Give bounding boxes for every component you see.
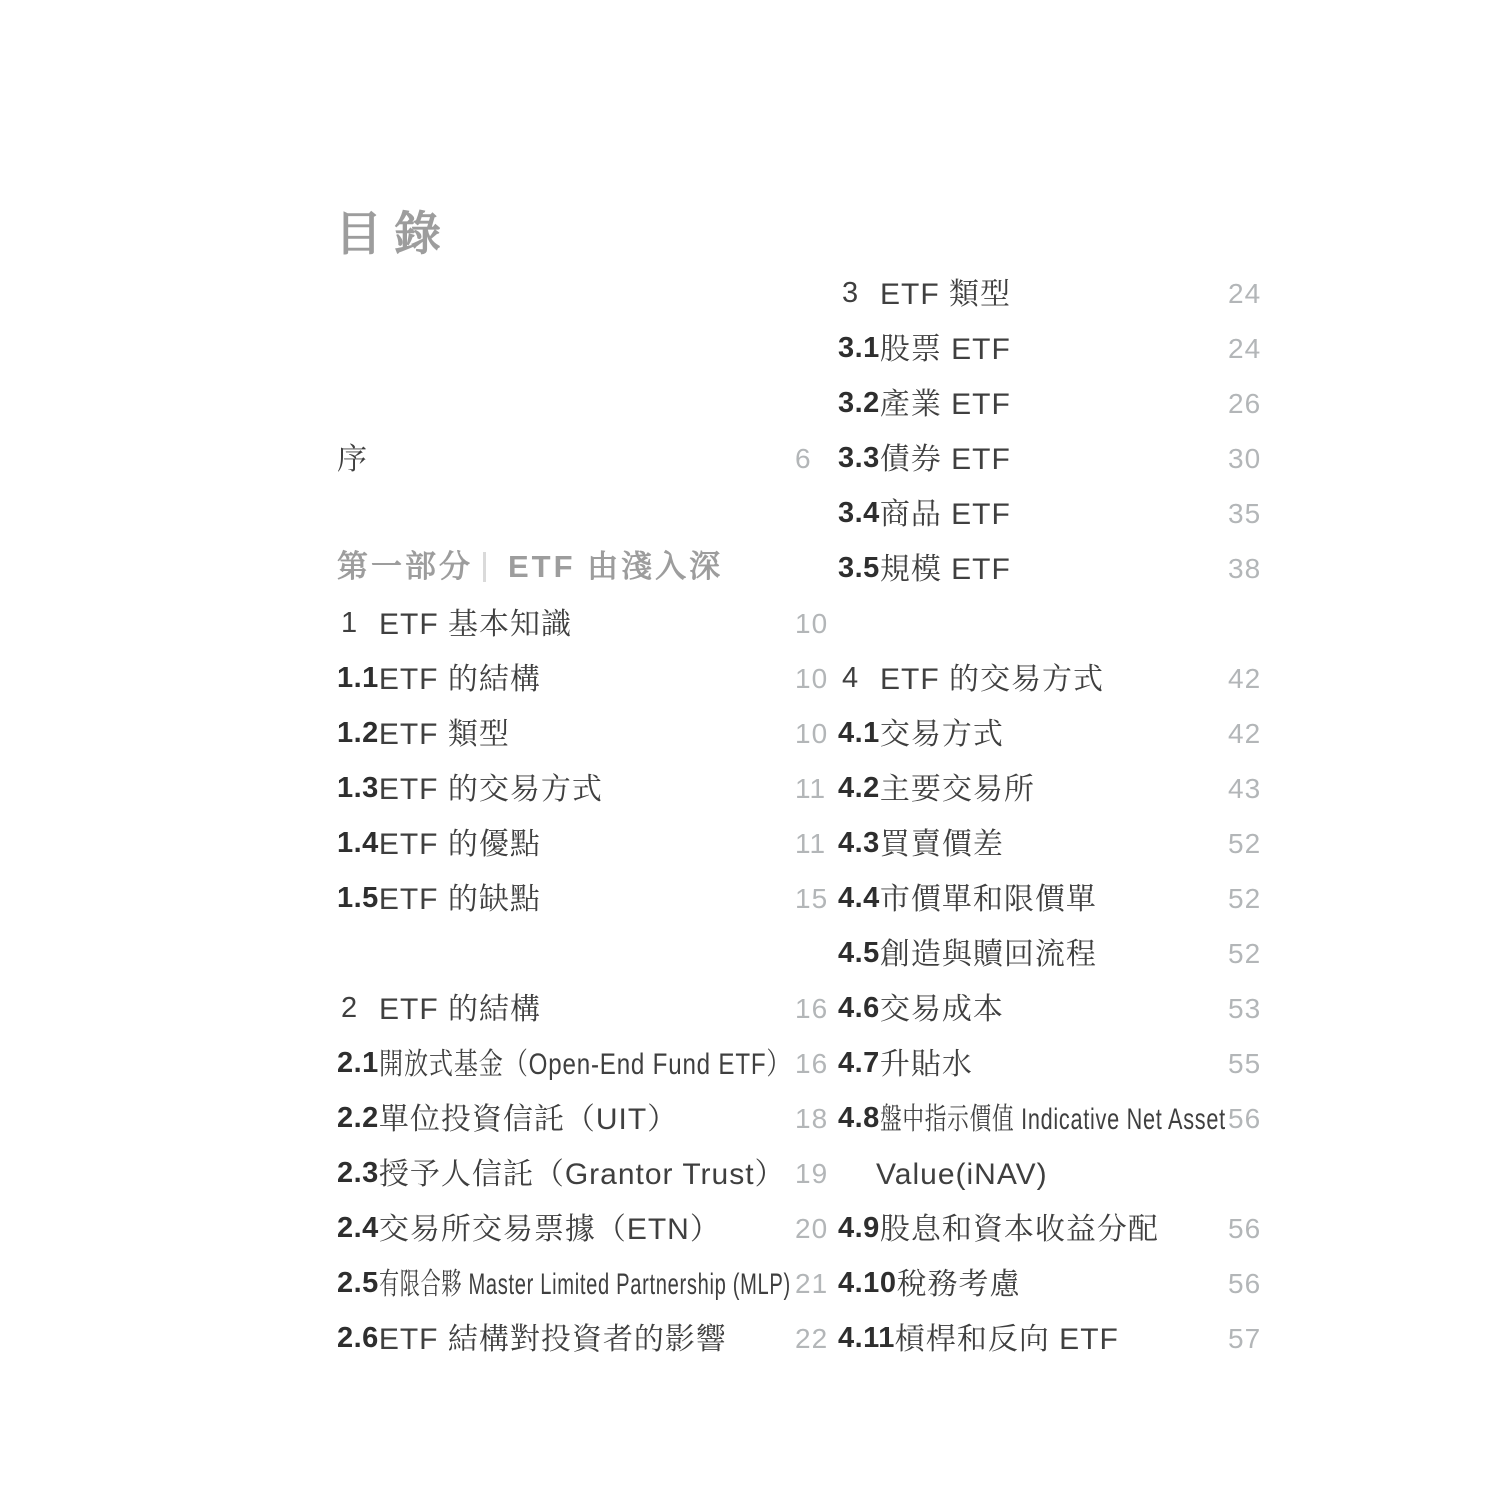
toc-entry-1-2: 1.2ETF 類型 10 <box>337 718 510 751</box>
toc-entry-ch4: 4ETF 的交易方式 42 <box>838 663 1104 696</box>
toc-entry-number: 3.3 <box>838 443 880 475</box>
toc-entry-page: 52 <box>1228 884 1261 915</box>
toc-page: 目錄 序 6 第一部分 ETF 由淺入深 1ETF 基本知識 10 1.1ETF… <box>0 0 1500 1500</box>
toc-entry-ch1: 1ETF 基本知識 10 <box>337 608 572 641</box>
toc-entry-number: 3.1 <box>838 333 880 365</box>
toc-entry-page: 15 <box>795 884 828 915</box>
toc-entry-page: 10 <box>795 719 828 750</box>
toc-entry-3-5: 3.5規模 ETF 38 <box>838 553 1011 586</box>
toc-entry-page: 26 <box>1228 389 1261 420</box>
toc-entry-page: 55 <box>1228 1049 1261 1080</box>
toc-entry-page: 24 <box>1228 334 1261 365</box>
toc-entry-label: 序 <box>337 443 368 476</box>
toc-entry-number: 3.2 <box>838 388 880 420</box>
toc-entry-2-6: 2.6ETF 結構對投資者的影響 22 <box>337 1323 727 1356</box>
toc-entry-number: 4.7 <box>838 1048 880 1080</box>
toc-entry-number: 1.3 <box>337 773 379 805</box>
toc-entry-label: 股票 ETF <box>880 333 1011 366</box>
toc-entry-1-1: 1.1ETF 的結構 10 <box>337 663 541 696</box>
toc-entry-label: ETF 的優點 <box>379 828 541 861</box>
page-title: 目錄 <box>335 210 453 257</box>
toc-entry-4-7: 4.7升貼水 55 <box>838 1048 973 1081</box>
toc-entry-page: 16 <box>795 1049 828 1080</box>
toc-entry-number: 2.2 <box>337 1103 379 1135</box>
toc-entry-2-4: 2.4交易所交易票據（ETN） 20 <box>337 1213 721 1246</box>
toc-entry-number: 1.4 <box>337 828 379 860</box>
toc-entry-label: 交易所交易票據（ETN） <box>379 1213 721 1246</box>
toc-entry-label: 買賣價差 <box>880 828 1004 861</box>
toc-entry-label: ETF 結構對投資者的影響 <box>379 1323 727 1356</box>
toc-entry-number: 4 <box>838 663 880 695</box>
toc-entry-label: 股息和資本收益分配 <box>880 1213 1159 1246</box>
toc-entry-number: 4.8 <box>838 1103 880 1135</box>
toc-entry-label: 市價單和限價單 <box>880 883 1097 916</box>
toc-entry-number: 3 <box>838 278 880 310</box>
toc-entry-page: 56 <box>1228 1269 1261 1300</box>
toc-entry-label: ETF 基本知識 <box>379 608 572 641</box>
toc-entry-page: 30 <box>1228 444 1261 475</box>
toc-entry-number: 4.3 <box>838 828 880 860</box>
toc-entry-page: 57 <box>1228 1324 1261 1355</box>
toc-entry-label: 創造與贖回流程 <box>880 938 1097 971</box>
toc-entry-ch3: 3ETF 類型 24 <box>838 278 1011 311</box>
toc-entry-page: 52 <box>1228 939 1261 970</box>
toc-entry-4-3: 4.3買賣價差 52 <box>838 828 1004 861</box>
toc-entry-number: 2.6 <box>337 1323 379 1355</box>
toc-entry-label: 單位投資信託（UIT） <box>379 1103 678 1136</box>
toc-entry-2-1: 2.1開放式基金（Open-End Fund ETF） 16 <box>337 1048 891 1081</box>
toc-entry-number: 4.1 <box>838 718 880 750</box>
part-heading-title: ETF 由淺入深 <box>508 550 723 584</box>
toc-entry-label: 升貼水 <box>880 1048 973 1081</box>
toc-entry-number: 4.11 <box>838 1323 895 1355</box>
toc-entry-4-6: 4.6交易成本 53 <box>838 993 1004 1026</box>
toc-entry-label: ETF 的缺點 <box>379 883 541 916</box>
toc-entry-label: ETF 的交易方式 <box>379 773 603 806</box>
toc-entry-label: ETF 類型 <box>379 718 510 751</box>
toc-entry-4-8-continued: Value(iNAV) <box>838 1158 1048 1191</box>
toc-entry-label: 交易成本 <box>880 993 1004 1026</box>
part-heading-label: 第一部分 <box>337 550 473 584</box>
toc-entry-number: 1.2 <box>337 718 379 750</box>
toc-entry-number: 1 <box>337 608 379 640</box>
toc-entry-page: 11 <box>795 774 826 805</box>
toc-entry-2-2: 2.2單位投資信託（UIT） 18 <box>337 1103 678 1136</box>
toc-entry-4-5: 4.5創造與贖回流程 52 <box>838 938 1097 971</box>
toc-entry-label: ETF 的結構 <box>379 993 541 1026</box>
toc-entry-page: 56 <box>1228 1214 1261 1245</box>
toc-entry-page: 10 <box>795 664 828 695</box>
toc-entry-2-3: 2.3授予人信託（Grantor Trust） 19 <box>337 1158 786 1191</box>
toc-entry-page: 38 <box>1228 554 1261 585</box>
toc-entry-page: 18 <box>795 1104 828 1135</box>
toc-entry-page: 52 <box>1228 829 1261 860</box>
toc-entry-page: 19 <box>795 1159 828 1190</box>
part-heading: 第一部分 ETF 由淺入深 <box>337 550 723 584</box>
toc-entry-1-4: 1.4ETF 的優點 11 <box>337 828 541 861</box>
toc-entry-3-2: 3.2產業 ETF 26 <box>838 388 1011 421</box>
toc-entry-4-11: 4.11槓桿和反向 ETF 57 <box>838 1323 1119 1356</box>
toc-entry-preface: 序 6 <box>337 443 368 476</box>
toc-entry-4-10: 4.10稅務考慮 56 <box>838 1268 1020 1301</box>
toc-entry-page: 22 <box>795 1324 828 1355</box>
toc-entry-1-3: 1.3ETF 的交易方式 11 <box>337 773 603 806</box>
toc-entry-page: 16 <box>795 994 828 1025</box>
toc-entry-page: 53 <box>1228 994 1261 1025</box>
toc-entry-page: 6 <box>795 444 812 475</box>
toc-entry-number: 3.4 <box>838 498 880 530</box>
toc-entry-number: 4.6 <box>838 993 880 1025</box>
toc-entry-number: 4.2 <box>838 773 880 805</box>
toc-entry-number: 2 <box>337 993 379 1025</box>
toc-entry-label: 授予人信託（Grantor Trust） <box>379 1158 786 1191</box>
toc-entry-label: 盤中指示價值 Indicative Net Asset <box>880 1103 1226 1136</box>
toc-entry-number: 4.5 <box>838 938 880 970</box>
toc-entry-page: 42 <box>1228 664 1261 695</box>
toc-entry-4-4: 4.4市價單和限價單 52 <box>838 883 1097 916</box>
toc-entry-page: 10 <box>795 609 828 640</box>
toc-entry-1-5: 1.5ETF 的缺點 15 <box>337 883 541 916</box>
toc-entry-label: 槓桿和反向 ETF <box>895 1323 1119 1356</box>
toc-entry-4-1: 4.1交易方式 42 <box>838 718 1004 751</box>
toc-entry-page: 20 <box>795 1214 828 1245</box>
toc-entry-number: 4.4 <box>838 883 880 915</box>
toc-entry-page: 24 <box>1228 279 1261 310</box>
toc-entry-label: 商品 ETF <box>880 498 1011 531</box>
toc-entry-3-1: 3.1股票 ETF 24 <box>838 333 1011 366</box>
toc-entry-number: 2.1 <box>337 1048 379 1080</box>
toc-entry-page: 56 <box>1228 1104 1261 1135</box>
divider <box>483 552 486 582</box>
toc-entry-page: 21 <box>795 1269 828 1300</box>
toc-entry-label: ETF 的結構 <box>379 663 541 696</box>
toc-entry-label: 有限合夥 Master Limited Partnership (MLP) <box>379 1268 791 1301</box>
toc-entry-number: 2.4 <box>337 1213 379 1245</box>
toc-entry-page: 43 <box>1228 774 1261 805</box>
toc-entry-number: 2.3 <box>337 1158 379 1190</box>
toc-entry-number: 1.1 <box>337 663 379 695</box>
toc-entry-page: 11 <box>795 829 826 860</box>
toc-entry-ch2: 2ETF 的結構 16 <box>337 993 541 1026</box>
toc-entry-label: 稅務考慮 <box>896 1268 1020 1301</box>
toc-entry-number: 1.5 <box>337 883 379 915</box>
toc-entry-4-9: 4.9股息和資本收益分配 56 <box>838 1213 1159 1246</box>
toc-entry-label: 規模 ETF <box>880 553 1011 586</box>
toc-entry-label: 開放式基金（Open-End Fund ETF） <box>379 1048 791 1081</box>
toc-entry-number: 4.9 <box>838 1213 880 1245</box>
toc-entry-page: 35 <box>1228 499 1261 530</box>
toc-entry-number: 3.5 <box>838 553 880 585</box>
toc-entry-4-2: 4.2主要交易所 43 <box>838 773 1035 806</box>
toc-entry-label: Value(iNAV) <box>876 1158 1048 1191</box>
toc-entry-page: 42 <box>1228 719 1261 750</box>
toc-entry-4-8: 4.8盤中指示價值 Indicative Net Asset 56 <box>838 1103 1359 1136</box>
toc-entry-3-4: 3.4商品 ETF 35 <box>838 498 1011 531</box>
toc-entry-number: 4.10 <box>838 1268 896 1300</box>
toc-entry-label: ETF 的交易方式 <box>880 663 1104 696</box>
toc-entry-number: 2.5 <box>337 1268 379 1300</box>
toc-entry-label: 產業 ETF <box>880 388 1011 421</box>
toc-entry-3-3: 3.3債券 ETF 30 <box>838 443 1011 476</box>
toc-entry-label: 交易方式 <box>880 718 1004 751</box>
toc-entry-label: ETF 類型 <box>880 278 1011 311</box>
toc-entry-label: 債券 ETF <box>880 443 1011 476</box>
toc-entry-label: 主要交易所 <box>880 773 1035 806</box>
